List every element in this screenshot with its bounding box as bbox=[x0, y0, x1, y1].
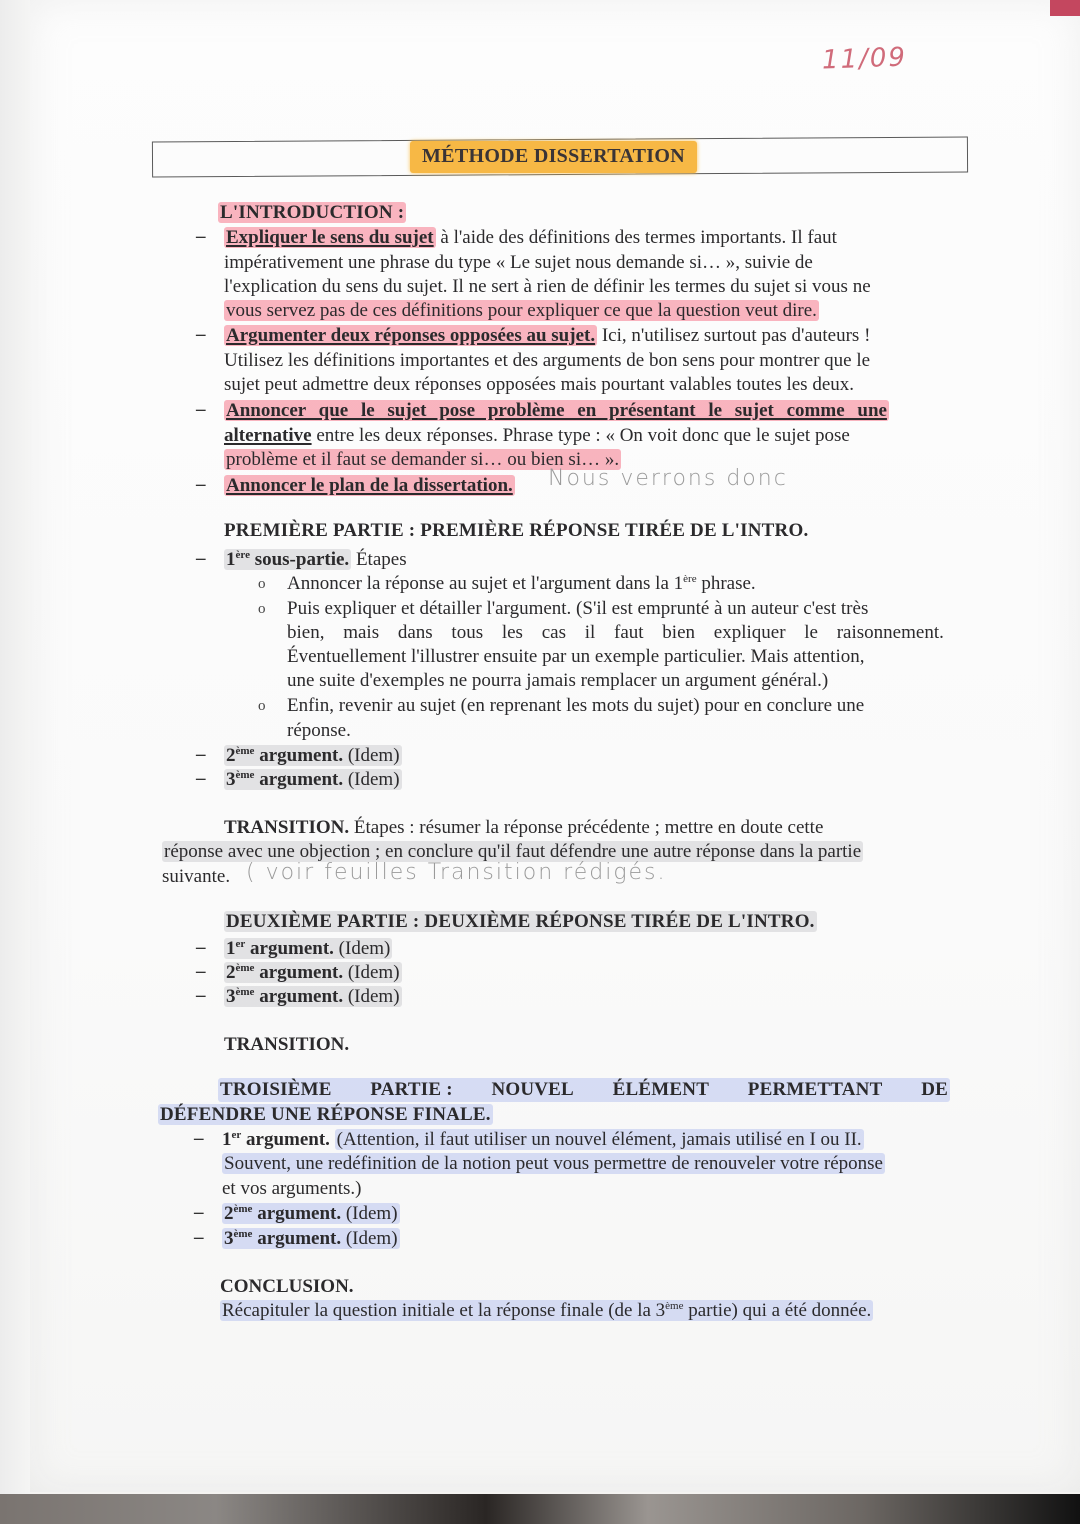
part1-step-2-line-2: bien, mais dans tous les cas il faut bie… bbox=[287, 621, 955, 645]
part1-heading: PREMIÈRE PARTIE : PREMIÈRE RÉPONSE TIRÉE… bbox=[224, 519, 808, 543]
part1-argument-3: 3ème argument. (Idem) bbox=[224, 768, 402, 792]
part3-argument-1-line-2: Souvent, une redéfinition de la notion p… bbox=[222, 1152, 885, 1176]
part2-argument-1: 1er argument. (Idem) bbox=[224, 937, 392, 961]
dash-bullet: – bbox=[194, 1227, 204, 1249]
transition2-label: TRANSITION. bbox=[224, 1033, 349, 1057]
page-left-margin bbox=[0, 0, 30, 1524]
part1-subpart: 1ère sous-partie. Étapes bbox=[224, 548, 407, 572]
intro-item-1-line-3: l'explication du sens du sujet. Il ne se… bbox=[224, 275, 958, 299]
dash-bullet: – bbox=[196, 548, 206, 570]
intro-item-1-line-4: vous servez pas de ces définitions pour … bbox=[224, 299, 819, 323]
transition1-line-3: suivante. bbox=[162, 865, 230, 889]
dash-bullet: – bbox=[196, 985, 206, 1007]
intro-item-1-lead: Expliquer le sens du sujet bbox=[224, 227, 436, 248]
document-title: MÉTHODE DISSERTATION bbox=[410, 141, 697, 173]
part1-step-2-line-4: une suite d'exemples ne pourra jamais re… bbox=[287, 669, 828, 693]
dash-bullet: – bbox=[196, 474, 206, 496]
intro-item-3-lead: Annoncer que le sujet pose problème en p… bbox=[224, 400, 889, 421]
dash-bullet: – bbox=[196, 768, 206, 790]
corner-tab bbox=[1050, 0, 1080, 16]
circle-bullet-icon: o bbox=[258, 698, 266, 715]
intro-item-2-lead: Argumenter deux réponses opposées au suj… bbox=[224, 325, 597, 346]
part3-argument-1-line-1: 1er argument. (Attention, il faut utilis… bbox=[222, 1128, 864, 1152]
handwritten-note-plan: Nous verrons donc bbox=[548, 466, 788, 491]
part1-step-1: Annoncer la réponse au sujet et l'argume… bbox=[287, 572, 756, 596]
desk-background bbox=[0, 1494, 1080, 1524]
dash-bullet: – bbox=[196, 744, 206, 766]
part1-step-2-line-1: Puis expliquer et détailler l'argument. … bbox=[287, 597, 955, 621]
intro-item-4-line-1: Annoncer le plan de la dissertation. bbox=[224, 474, 515, 498]
part3-argument-2: 2ème argument. (Idem) bbox=[222, 1202, 400, 1226]
dash-bullet: – bbox=[196, 961, 206, 983]
intro-item-4-lead: Annoncer le plan de la dissertation. bbox=[224, 475, 515, 496]
conclusion-text: Récapituler la question initiale et la r… bbox=[220, 1299, 873, 1323]
transition1-line-1: TRANSITION. Étapes : résumer la réponse … bbox=[224, 816, 948, 840]
part3-heading-line-1: TROISIÈME PARTIE : NOUVEL ÉLÉMENT PERMET… bbox=[218, 1078, 950, 1102]
dash-bullet: – bbox=[194, 1202, 204, 1224]
dash-bullet: – bbox=[196, 226, 206, 248]
intro-item-3-line-1: Annoncer que le sujet pose problème en p… bbox=[224, 399, 958, 423]
intro-item-1-line-2: impérativement une phrase du type « Le s… bbox=[224, 251, 958, 275]
circle-bullet-icon: o bbox=[258, 576, 266, 593]
part3-argument-1-line-3: et vos arguments.) bbox=[222, 1177, 362, 1201]
intro-item-1-line-1: Expliquer le sens du sujet à l'aide des … bbox=[224, 226, 958, 250]
handwritten-note-transition: ( voir feuilles Transition rédigés. bbox=[246, 860, 667, 885]
intro-item-2-line-2: Utilisez les définitions importantes et … bbox=[224, 349, 870, 373]
part1-step-2-line-3: Éventuellement l'illustrer ensuite par u… bbox=[287, 645, 864, 669]
paper-sheet bbox=[30, 0, 1080, 1492]
part3-argument-3: 3ème argument. (Idem) bbox=[222, 1227, 400, 1251]
conclusion-heading: CONCLUSION. bbox=[220, 1275, 354, 1299]
part3-heading-line-2: DÉFENDRE UNE RÉPONSE FINALE. bbox=[158, 1103, 493, 1127]
handwritten-date: 11/09 bbox=[822, 43, 908, 76]
dash-bullet: – bbox=[194, 1128, 204, 1150]
intro-item-2-line-3: sujet peut admettre deux réponses opposé… bbox=[224, 373, 854, 397]
transition1-label: TRANSITION. bbox=[224, 817, 349, 838]
part1-step-3-line-1: Enfin, revenir au sujet (en reprenant le… bbox=[287, 694, 864, 718]
part2-heading: DEUXIÈME PARTIE : DEUXIÈME RÉPONSE TIRÉE… bbox=[224, 910, 817, 934]
part1-argument-2: 2ème argument. (Idem) bbox=[224, 744, 402, 768]
part2-argument-2: 2ème argument. (Idem) bbox=[224, 961, 402, 985]
dash-bullet: – bbox=[196, 324, 206, 346]
intro-item-2-line-1: Argumenter deux réponses opposées au suj… bbox=[224, 324, 870, 348]
part2-argument-3: 3ème argument. (Idem) bbox=[224, 985, 402, 1009]
circle-bullet-icon: o bbox=[258, 601, 266, 618]
dash-bullet: – bbox=[196, 937, 206, 959]
introduction-heading: L'INTRODUCTION : bbox=[218, 201, 406, 225]
dash-bullet: – bbox=[196, 399, 206, 421]
part1-step-3-line-2: réponse. bbox=[287, 719, 351, 743]
intro-item-3-line-2: alternative entre les deux réponses. Phr… bbox=[224, 424, 850, 448]
